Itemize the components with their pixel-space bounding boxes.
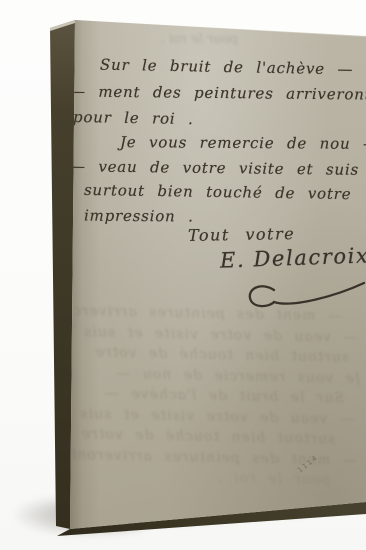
- bleedthrough-line: pour le roi .: [72, 465, 330, 491]
- letter-line: Sur le bruit de l'achève —: [100, 56, 354, 79]
- letter-line: impression .: [84, 207, 194, 226]
- letter-paper: pour le roi . Sur le bruit de l'achève —…: [70, 20, 366, 530]
- letter-photograph: pour le roi . Sur le bruit de l'achève —…: [0, 0, 366, 550]
- letter-line: Je vous remercie de nou —: [120, 133, 366, 153]
- letter-line: — veau de votre visite et suis: [70, 157, 359, 179]
- letter-closing: Tout votre: [188, 224, 295, 245]
- letter-line: pour le roi .: [73, 108, 194, 128]
- letter-line: — ment des peintures arriveront: [70, 82, 366, 103]
- bleedthrough-text: — ment des peintures arriveront — veau d…: [72, 301, 364, 507]
- letter-line: surtout bien touché de votre: [84, 181, 352, 203]
- signature: E. Delacroix: [220, 243, 366, 272]
